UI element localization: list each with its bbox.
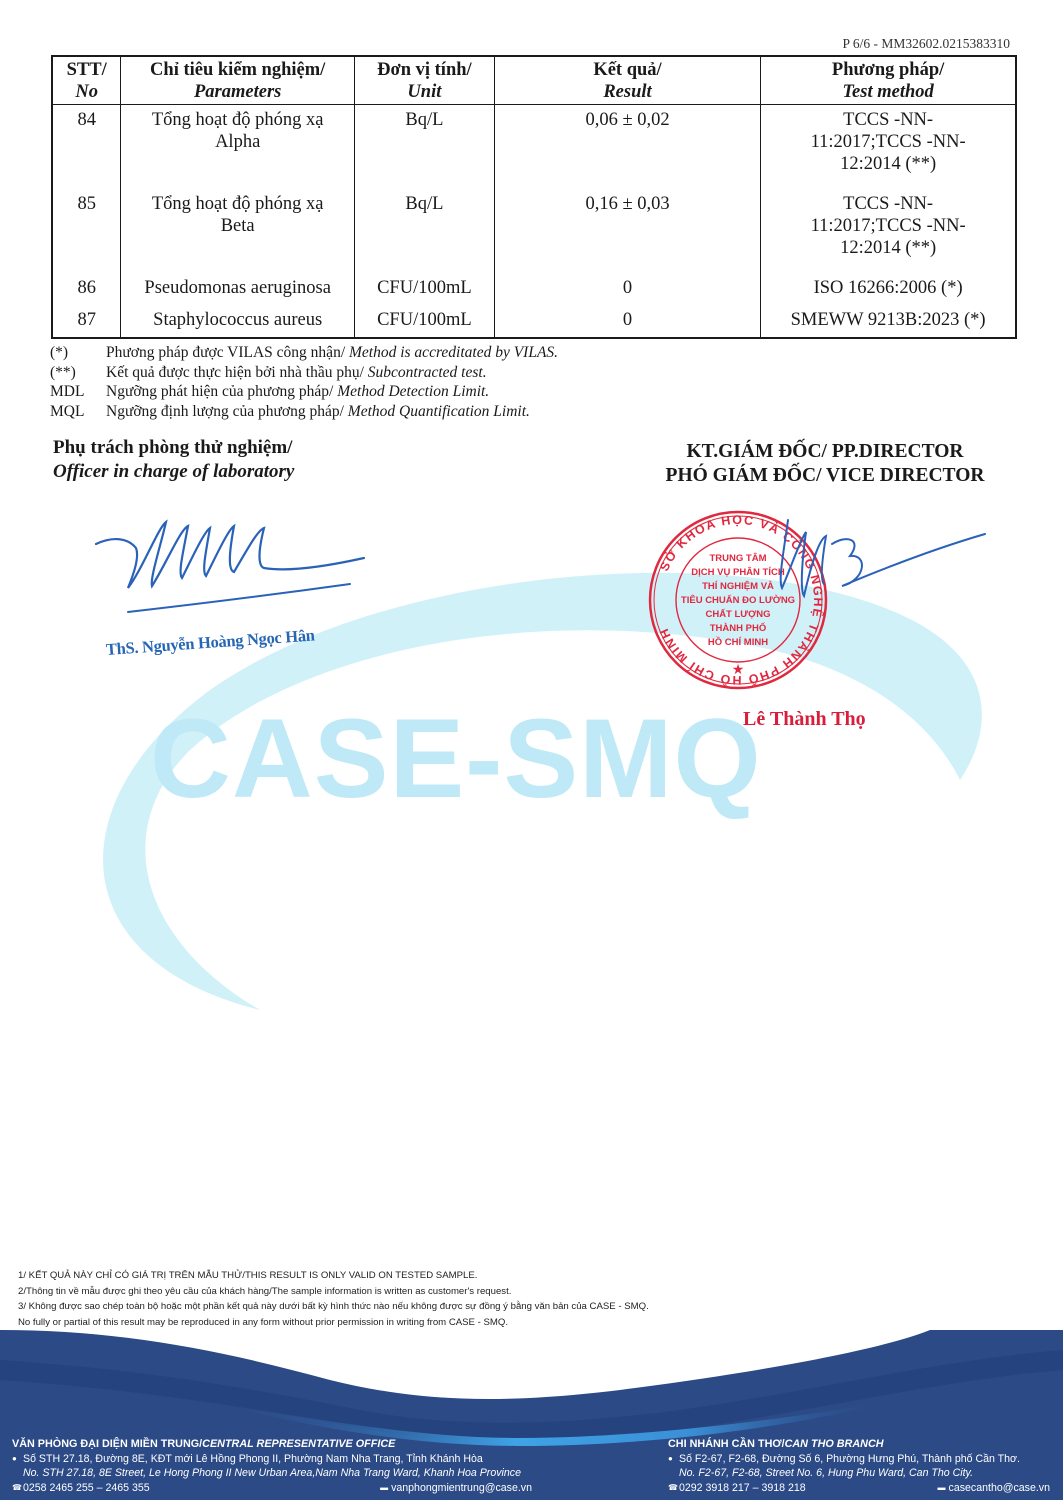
stamp-inner-line: THÍ NGHIỆM VÀ <box>702 580 774 592</box>
phone-icon: ☎ <box>12 1481 20 1496</box>
lab-officer-signature <box>88 508 368 618</box>
cell-parameter: Tổng hoạt độ phóng xạAlpha <box>121 105 355 190</box>
cell-no: 85 <box>52 189 121 273</box>
cell-result: 0,06 ± 0,02 <box>494 105 760 190</box>
central-phone: 0258 2465 255 – 2465 355 <box>23 1481 150 1496</box>
table-row: 87 Staphylococcus aureus CFU/100mL 0 SME… <box>52 307 1016 338</box>
central-email[interactable]: vanphongmientrung@case.vn <box>391 1481 532 1496</box>
results-table: STT/No Chỉ tiêu kiểm nghiệm/Parameters Đ… <box>51 55 1017 339</box>
notes-legend: (*)Phương pháp được VILAS công nhận/ Met… <box>50 343 558 421</box>
table-header-row: STT/No Chỉ tiêu kiểm nghiệm/Parameters Đ… <box>52 56 1016 105</box>
cell-parameter: Tổng hoạt độ phóng xạBeta <box>121 189 355 273</box>
cantho-phone: 0292 3918 217 – 3918 218 <box>679 1481 806 1496</box>
header-result: Kết quả/Result <box>494 56 760 105</box>
director-signature <box>770 510 990 620</box>
cantho-branch-title: CHI NHÁNH CẦN THƠ/CAN THO BRANCH <box>668 1437 1050 1452</box>
cell-unit: CFU/100mL <box>354 307 494 338</box>
cell-unit: Bq/L <box>354 105 494 190</box>
note-item: MDLNgưỡng phát hiện của phương pháp/ Met… <box>50 382 558 402</box>
page-reference: P 6/6 - MM32602.0215383310 <box>842 36 1010 52</box>
cell-method: TCCS -NN-11:2017;TCCS -NN-12:2014 (**) <box>761 105 1016 190</box>
cell-result: 0 <box>494 307 760 338</box>
phone-icon: ☎ <box>668 1481 676 1496</box>
cell-result: 0 <box>494 273 760 307</box>
cell-result: 0,16 ± 0,03 <box>494 189 760 273</box>
watermark-text: CASE-SMQ <box>150 703 762 815</box>
lab-officer-title: Phụ trách phòng thử nghiệm/ Officer in c… <box>53 436 294 484</box>
table-row: 86 Pseudomonas aeruginosa CFU/100mL 0 IS… <box>52 273 1016 307</box>
cell-method: ISO 16266:2006 (*) <box>761 273 1016 307</box>
stamp-inner-line: TRUNG TÂM <box>710 552 767 564</box>
central-office-title: VĂN PHÒNG ĐẠI DIỆN MIỀN TRUNG/CENTRAL RE… <box>12 1437 532 1452</box>
table-row: 85 Tổng hoạt độ phóng xạBeta Bq/L 0,16 ±… <box>52 189 1016 273</box>
cell-method: TCCS -NN-11:2017;TCCS -NN-12:2014 (**) <box>761 189 1016 273</box>
stamp-inner-line: THÀNH PHỐ <box>710 622 766 634</box>
cell-no: 86 <box>52 273 121 307</box>
cantho-address-vi: Số F2-67, F2-68, Đường Số 6, Phường Hưng… <box>679 1452 1020 1467</box>
director-title: KT.GIÁM ĐỐC/ PP.DIRECTOR PHÓ GIÁM ĐỐC/ V… <box>630 440 1020 488</box>
lab-officer-name: ThS. Nguyễn Hoàng Ngọc Hân <box>105 625 315 660</box>
cantho-address-en: No. F2-67, F2-68, Street No. 6, Hung Phu… <box>668 1466 1050 1481</box>
cell-no: 87 <box>52 307 121 338</box>
stamp-inner-line: CHẤT LƯỢNG <box>705 609 770 620</box>
director-name: Lê Thành Thọ <box>743 708 866 731</box>
star-icon: ★ <box>732 663 745 678</box>
email-icon: ▬ <box>938 1481 946 1496</box>
central-address-vi: Số STH 27.18, Đường 8E, KĐT mới Lê Hồng … <box>23 1452 483 1467</box>
cell-no: 84 <box>52 105 121 190</box>
note-item: (*)Phương pháp được VILAS công nhận/ Met… <box>50 343 558 363</box>
disclaimer: 1/ KẾT QUẢ NÀY CHỈ CÓ GIÁ TRỊ TRÊN MẪU T… <box>18 1268 649 1330</box>
header-no: STT/No <box>52 56 121 105</box>
cell-parameter: Staphylococcus aureus <box>121 307 355 338</box>
note-item: MQLNgưỡng định lượng của phương pháp/ Me… <box>50 402 558 422</box>
cell-unit: CFU/100mL <box>354 273 494 307</box>
location-pin-icon: ● <box>12 1452 20 1467</box>
table-row: 84 Tổng hoạt độ phóng xạAlpha Bq/L 0,06 … <box>52 105 1016 190</box>
cell-parameter: Pseudomonas aeruginosa <box>121 273 355 307</box>
central-office-info: VĂN PHÒNG ĐẠI DIỆN MIỀN TRUNG/CENTRAL RE… <box>12 1437 532 1495</box>
stamp-inner-line: HỒ CHÍ MINH <box>708 636 768 648</box>
header-test-method: Phương pháp/Test method <box>761 56 1016 105</box>
note-item: (**) Kết quả được thực hiện bởi nhà thầu… <box>50 363 558 383</box>
header-unit: Đơn vị tính/Unit <box>354 56 494 105</box>
location-pin-icon: ● <box>668 1452 676 1467</box>
cantho-branch-info: CHI NHÁNH CẦN THƠ/CAN THO BRANCH ●Số F2-… <box>668 1437 1050 1495</box>
cell-method: SMEWW 9213B:2023 (*) <box>761 307 1016 338</box>
header-parameters: Chỉ tiêu kiểm nghiệm/Parameters <box>121 56 355 105</box>
cantho-email[interactable]: casecantho@case.vn <box>949 1481 1050 1496</box>
central-address-en: No. STH 27.18, 8E Street, Le Hong Phong … <box>12 1466 532 1481</box>
email-icon: ▬ <box>380 1481 388 1496</box>
cell-unit: Bq/L <box>354 189 494 273</box>
